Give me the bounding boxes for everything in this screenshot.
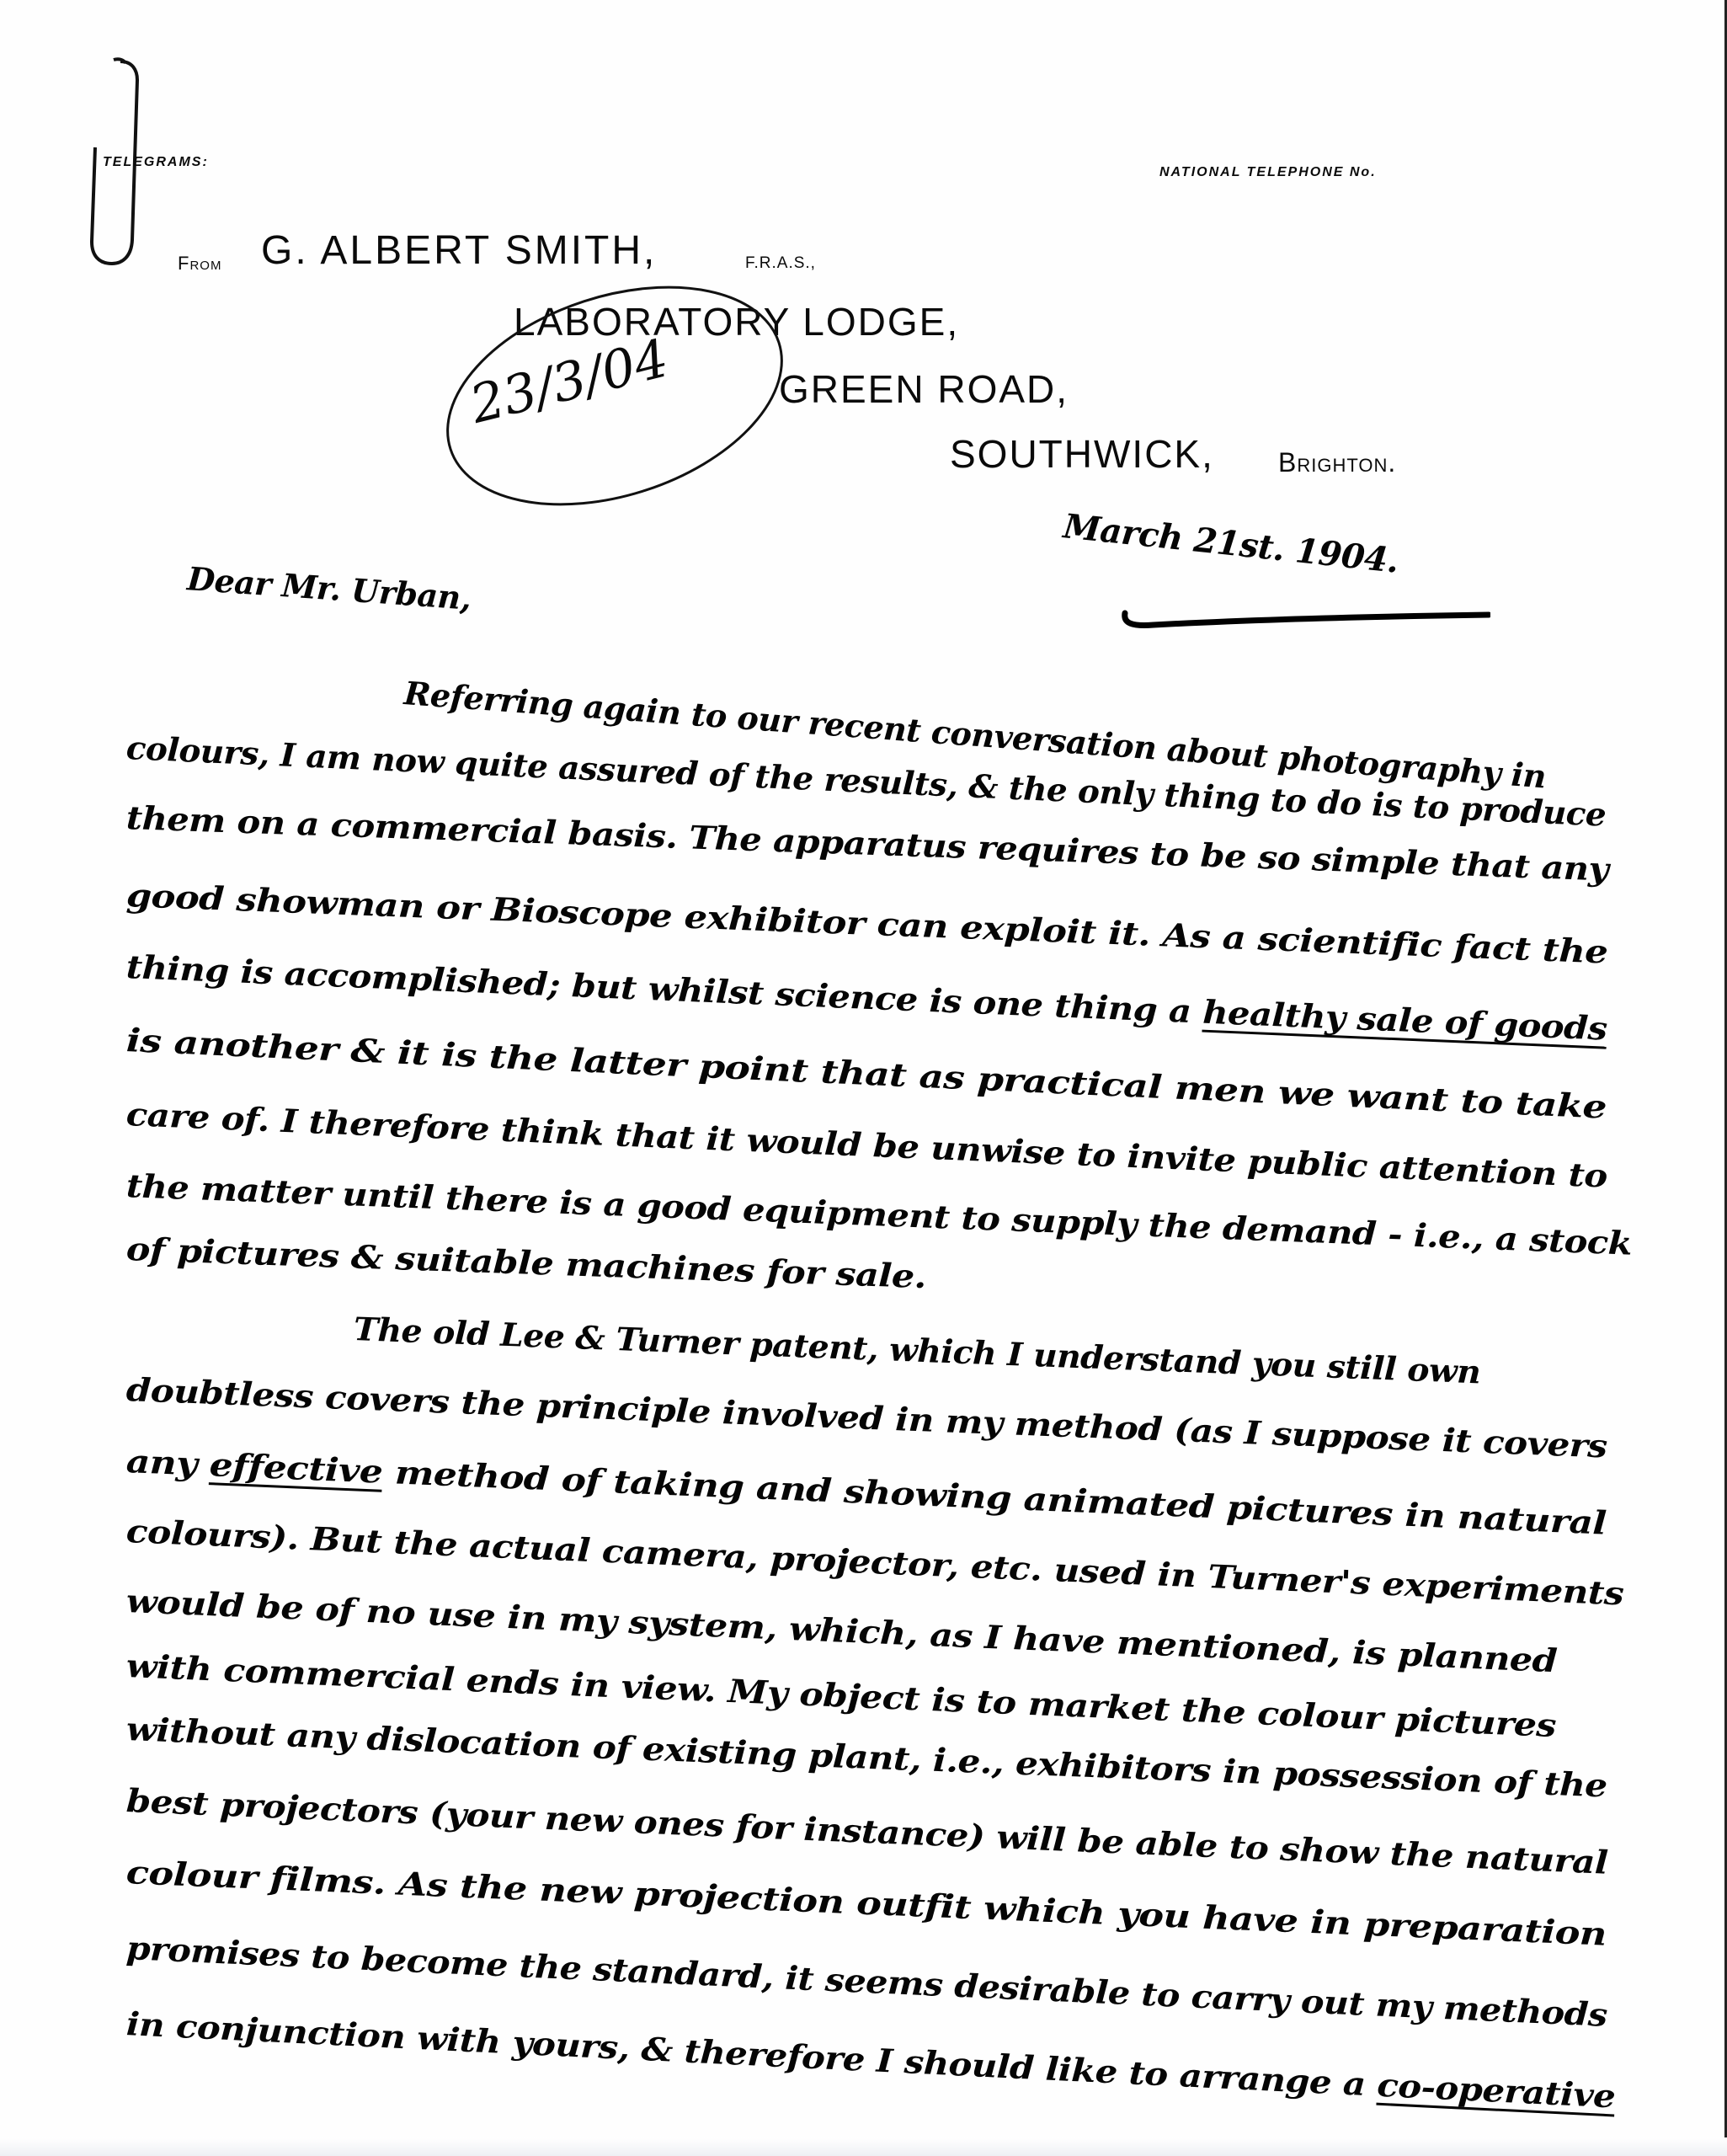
letter-line: of pictures & suitable machines for sale… — [125, 1230, 927, 1295]
letter-line: The old Lee & Turner patent, which I und… — [353, 1310, 1481, 1390]
underlined-phrase: effective — [209, 1445, 383, 1491]
salutation: Dear Mr. Urban, — [186, 559, 472, 616]
from-label: From — [178, 253, 221, 275]
letter-page: TELEGRAMS: NATIONAL TELEPHONE No. From G… — [0, 0, 1727, 2156]
letter-date: March 21st. 1904. — [1062, 506, 1401, 581]
scan-shadow — [0, 2137, 1727, 2156]
underlined-phrase: co-operative — [1376, 2066, 1616, 2116]
sender-name: G. ALBERT SMITH, — [261, 227, 657, 274]
telephone-label: NATIONAL TELEPHONE No. — [1159, 165, 1377, 180]
underlined-phrase: healthy sale of goods — [1202, 993, 1607, 1048]
telegrams-label: TELEGRAMS: — [103, 155, 209, 170]
address-line-3: SOUTHWICK, — [950, 431, 1214, 477]
address-town: Brighton. — [1278, 447, 1396, 478]
address-line-2: GREEN ROAD, — [779, 366, 1069, 412]
date-underline — [1120, 605, 1490, 630]
